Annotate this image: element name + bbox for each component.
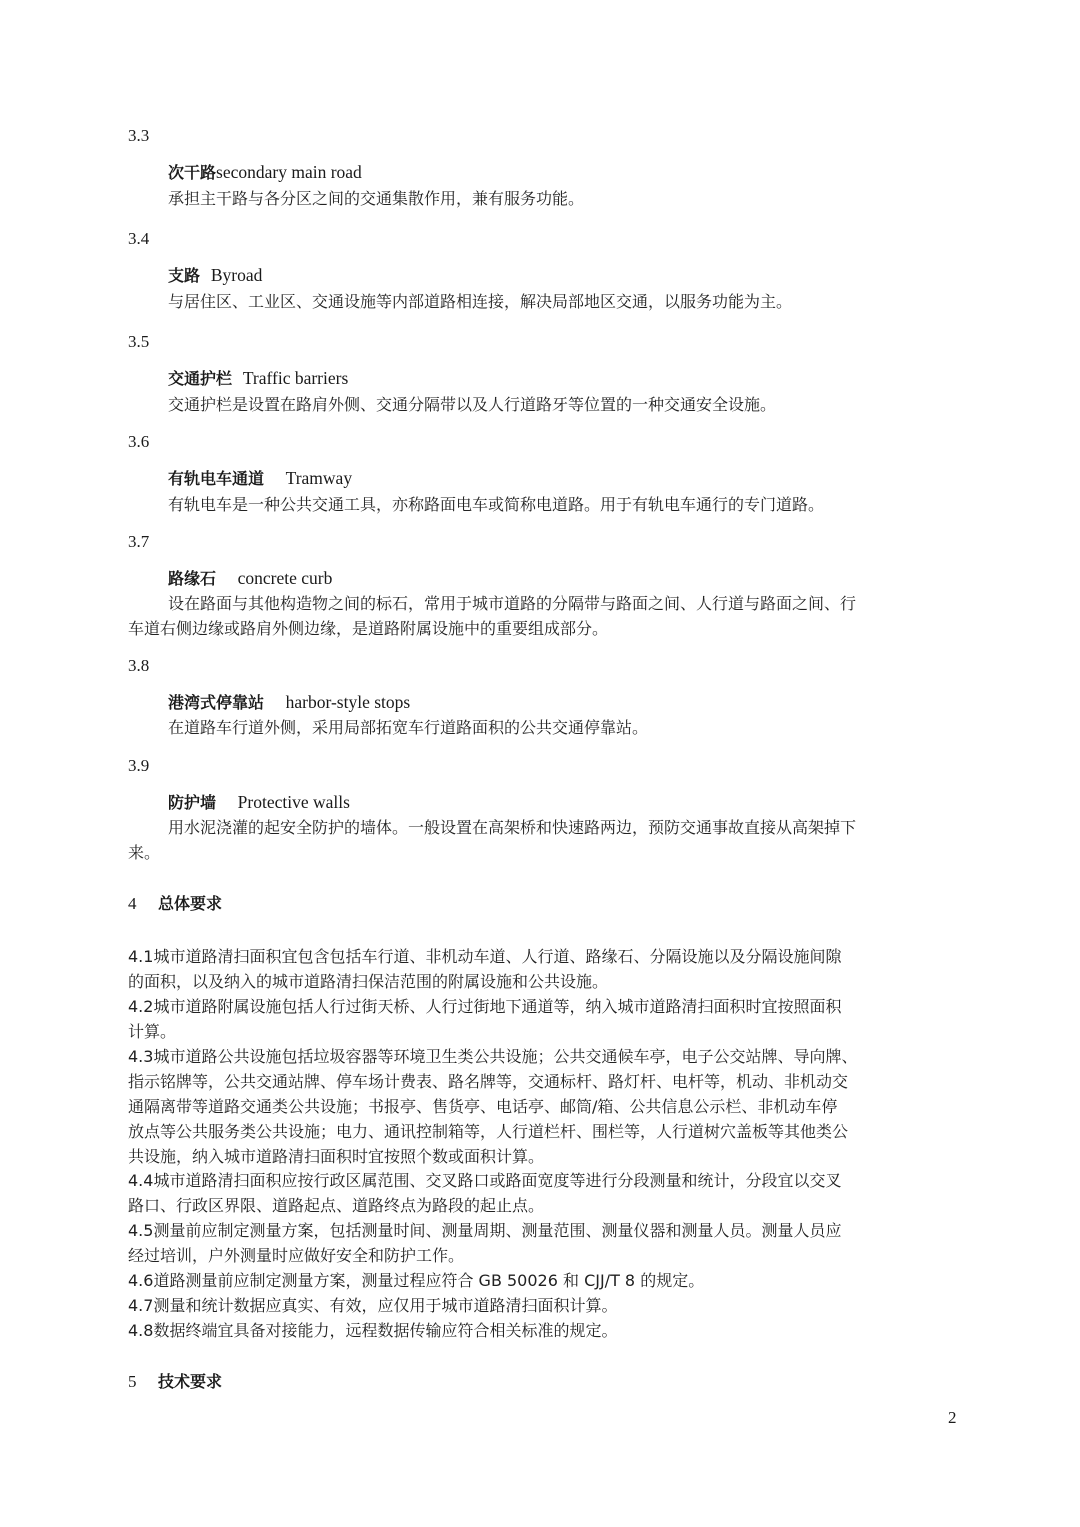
clause: 4.3城市道路公共设施包括垃圾容器等环境卫生类公共设施；公共交通候车亭，电子公交… [128,1044,857,1069]
clause: 4.5测量前应制定测量方案，包括测量时间、测量周期、测量范围、测量仪器和测量人员… [128,1218,841,1243]
term-title: 有轨电车通道 Tramway [168,467,352,490]
clause-text: 城市道路清扫面积应按行政区属范围、交叉路口或路面宽度等进行分段测量和统计，分段宜… [153,1171,841,1190]
term-number: 3.3 [128,126,149,146]
term-definition-cont: 车道右侧边缘或路肩外侧边缘，是道路附属设施中的重要组成部分。 [128,616,608,641]
section-heading: 4总体要求 [128,893,222,915]
clause-text-cont: 指示铭牌等，公共交通站牌、停车场计费表、路名牌等，交通标杆、路灯杆、电杆等，机动… [128,1069,848,1094]
clause-number: 4.2 [128,997,153,1016]
clause-number: 4.5 [128,1221,153,1240]
clause-text: 城市道路公共设施包括垃圾容器等环境卫生类公共设施；公共交通候车亭，电子公交站牌、… [153,1047,857,1066]
clause-text: 城市道路清扫面积宜包含包括车行道、非机动车道、人行道、路缘石、分隔设施以及分隔设… [153,947,841,966]
clause: 4.7测量和统计数据应真实、有效，应仅用于城市道路清扫面积计算。 [128,1293,617,1318]
term-definition: 设在路面与其他构造物之间的标石，常用于城市道路的分隔带与路面之间、人行道与路面之… [168,591,856,616]
term-number: 3.7 [128,532,149,552]
section-number: 4 [128,893,158,915]
clause-number: 4.8 [128,1321,153,1340]
clause-text-cont: 计算。 [128,1019,176,1044]
clause-text: 测量前应制定测量方案，包括测量时间、测量周期、测量范围、测量仪器和测量人员。测量… [153,1221,841,1240]
term-en: harbor-style stops [286,692,411,712]
document-page: 3.3 次干路secondary main road 承担主干路与各分区之间的交… [0,0,1080,1527]
clause-text-cont: 经过培训，户外测量时应做好安全和防护工作。 [128,1243,464,1268]
term-en: Byroad [211,265,263,285]
clause-text-cont: 放点等公共服务类公共设施；电力、通讯控制箱等，人行道栏杆、围栏等，人行道树穴盖板… [128,1119,848,1144]
clause: 4.8数据终端宜具备对接能力，远程数据传输应符合相关标准的规定。 [128,1318,617,1343]
term-zh: 港湾式停靠站 [168,693,264,712]
term-number: 3.4 [128,229,149,249]
term-zh: 支路 [168,266,200,285]
term-number: 3.5 [128,332,149,352]
clause-text-cont: 通隔离带等道路交通类公共设施；书报亭、售货亭、电话亭、邮筒/箱、公共信息公示栏、… [128,1094,837,1119]
term-zh: 有轨电车通道 [168,469,264,488]
clause: 4.2城市道路附属设施包括人行过街天桥、人行过街地下通道等，纳入城市道路清扫面积… [128,994,841,1019]
term-title: 支路 Byroad [168,264,262,287]
term-en: Traffic barriers [243,368,348,388]
term-en: Tramway [286,468,352,488]
clause-text: 道路测量前应制定测量方案，测量过程应符合 GB 50026 和 CJJ/T 8 … [153,1271,704,1290]
section-number: 5 [128,1371,158,1393]
term-title: 交通护栏 Traffic barriers [168,367,348,390]
clause-number: 4.6 [128,1271,153,1290]
term-definition: 与居住区、工业区、交通设施等内部道路相连接，解决局部地区交通，以服务功能为主。 [168,289,792,314]
clause-text: 测量和统计数据应真实、有效，应仅用于城市道路清扫面积计算。 [153,1296,617,1315]
term-zh: 路缘石 [168,569,216,588]
term-title: 次干路secondary main road [168,161,362,184]
term-zh: 次干路 [168,163,216,182]
clause-number: 4.4 [128,1171,153,1190]
term-zh: 交通护栏 [168,369,232,388]
clause: 4.1城市道路清扫面积宜包含包括车行道、非机动车道、人行道、路缘石、分隔设施以及… [128,944,841,969]
term-number: 3.9 [128,756,149,776]
clause: 4.4城市道路清扫面积应按行政区属范围、交叉路口或路面宽度等进行分段测量和统计，… [128,1168,841,1193]
term-zh: 防护墙 [168,793,216,812]
term-definition: 用水泥浇灌的起安全防护的墙体。一般设置在高架桥和快速路两边，预防交通事故直接从高… [168,815,856,840]
term-en: secondary main road [216,162,362,182]
section-heading: 5技术要求 [128,1371,222,1393]
term-title: 路缘石 concrete curb [168,567,332,590]
clause-number: 4.3 [128,1047,153,1066]
section-title: 技术要求 [158,1372,222,1391]
term-number: 3.6 [128,432,149,452]
page-number: 2 [948,1408,957,1428]
clause-text: 数据终端宜具备对接能力，远程数据传输应符合相关标准的规定。 [153,1321,617,1340]
clause-number: 4.7 [128,1296,153,1315]
clause-number: 4.1 [128,947,153,966]
term-definition: 交通护栏是设置在路肩外侧、交通分隔带以及人行道路牙等位置的一种交通安全设施。 [168,392,776,417]
section-title: 总体要求 [158,894,222,913]
term-en: Protective walls [238,792,350,812]
clause-text-cont: 路口、行政区界限、道路起点、道路终点为路段的起止点。 [128,1193,544,1218]
term-definition-cont: 来。 [128,840,160,865]
clause: 4.6道路测量前应制定测量方案，测量过程应符合 GB 50026 和 CJJ/T… [128,1268,704,1293]
clause-text-cont: 的面积，以及纳入的城市道路清扫保洁范围的附属设施和公共设施。 [128,969,608,994]
term-number: 3.8 [128,656,149,676]
term-definition: 在道路车行道外侧，采用局部拓宽车行道路面积的公共交通停靠站。 [168,715,648,740]
term-title: 港湾式停靠站 harbor-style stops [168,691,410,714]
term-title: 防护墙 Protective walls [168,791,350,814]
term-definition: 承担主干路与各分区之间的交通集散作用，兼有服务功能。 [168,186,584,211]
term-en: concrete curb [238,568,333,588]
clause-text: 城市道路附属设施包括人行过街天桥、人行过街地下通道等，纳入城市道路清扫面积时宜按… [153,997,841,1016]
clause-text-cont: 共设施，纳入城市道路清扫面积时宜按照个数或面积计算。 [128,1144,544,1169]
term-definition: 有轨电车是一种公共交通工具，亦称路面电车或简称电道路。用于有轨电车通行的专门道路… [168,492,824,517]
